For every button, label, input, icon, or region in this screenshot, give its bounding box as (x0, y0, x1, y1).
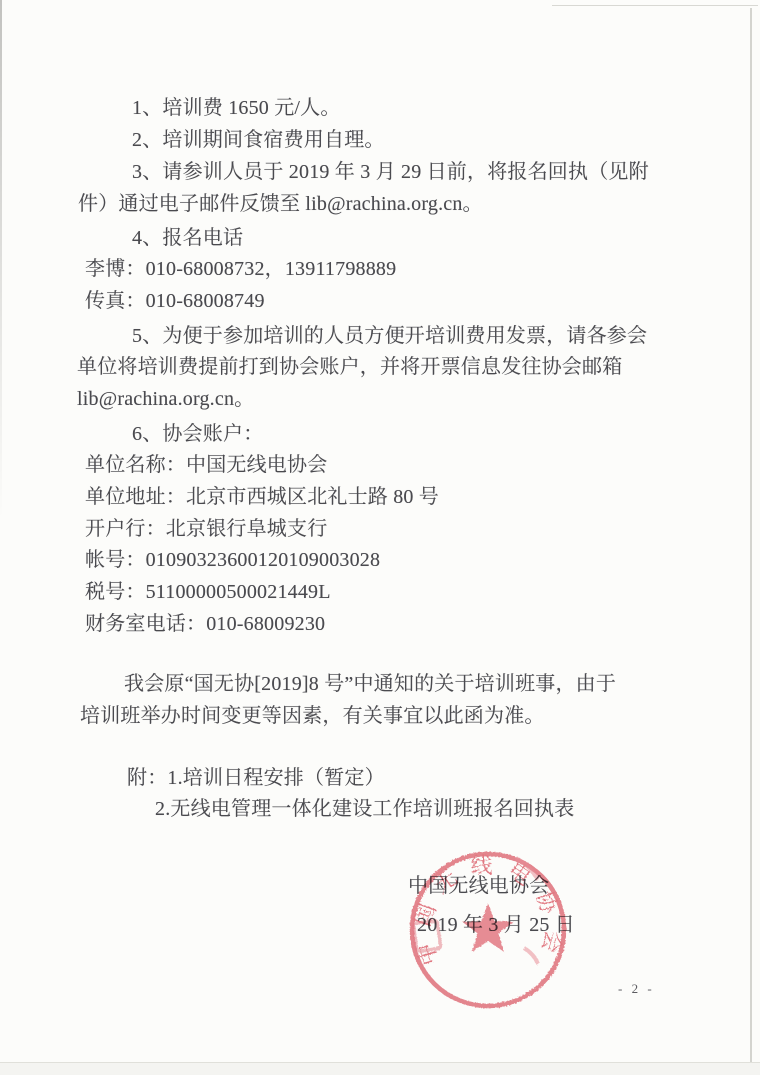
document-line: 培训班举办时间变更等因素，有关事宜以此函为准。 (80, 704, 545, 728)
document-line: 单位地址：北京市西城区北礼士路 80 号 (85, 485, 439, 509)
document-line: 单位名称：中国无线电协会 (85, 453, 327, 477)
document-line: 附：1.培训日程安排（暂定） (127, 766, 385, 790)
document-line: 4、报名电话 (132, 226, 243, 250)
document-line: 税号：51100000500021449L (85, 580, 331, 604)
document-line: 帐号：01090323600120109003028 (85, 548, 380, 572)
scanned-document-page: 1、培训费 1650 元/人。2、培训期间食宿费用自理。3、请参训人员于 201… (0, 0, 760, 1075)
document-line: 2、培训期间食宿费用自理。 (132, 128, 385, 152)
scan-edge-bottom (0, 1062, 760, 1075)
document-line: 中国无线电协会 (408, 874, 549, 898)
document-line: 李博：010-68008732，13911798889 (85, 257, 396, 281)
document-line: 6、协会账户： (132, 422, 263, 446)
document-line: 3、请参训人员于 2019 年 3 月 29 日前，将报名回执（见附 (132, 160, 649, 184)
document-line: 传真：010-68008749 (85, 289, 265, 313)
document-line: 件）通过电子邮件反馈至 lib@rachina.org.cn。 (78, 192, 483, 216)
document-line: 5、为便于参加培训的人员方便开培训费用发票，请各参会 (132, 324, 647, 348)
scan-edge-left (0, 0, 2, 520)
document-line: 2019 年 3 月 25 日 (417, 913, 575, 937)
page-number: - 2 - (618, 981, 655, 997)
seal-arc-text: 中国无线电协会 (409, 853, 567, 968)
scan-edge-right (750, 8, 752, 1064)
document-line: 开户行：北京银行阜城支行 (85, 517, 327, 541)
document-line: lib@rachina.org.cn。 (77, 387, 254, 411)
document-line: 我会原“国无协[2019]8 号”中通知的关于培训班事，由于 (124, 672, 616, 696)
document-line: 财务室电话：010-68009230 (85, 612, 325, 636)
document-line: 单位将培训费提前打到协会账户，并将开票信息发往协会邮箱 (77, 355, 622, 379)
document-line: 2.无线电管理一体化建设工作培训班报名回执表 (155, 797, 574, 821)
document-line: 1、培训费 1650 元/人。 (132, 96, 341, 120)
scan-edge-top (552, 5, 758, 6)
